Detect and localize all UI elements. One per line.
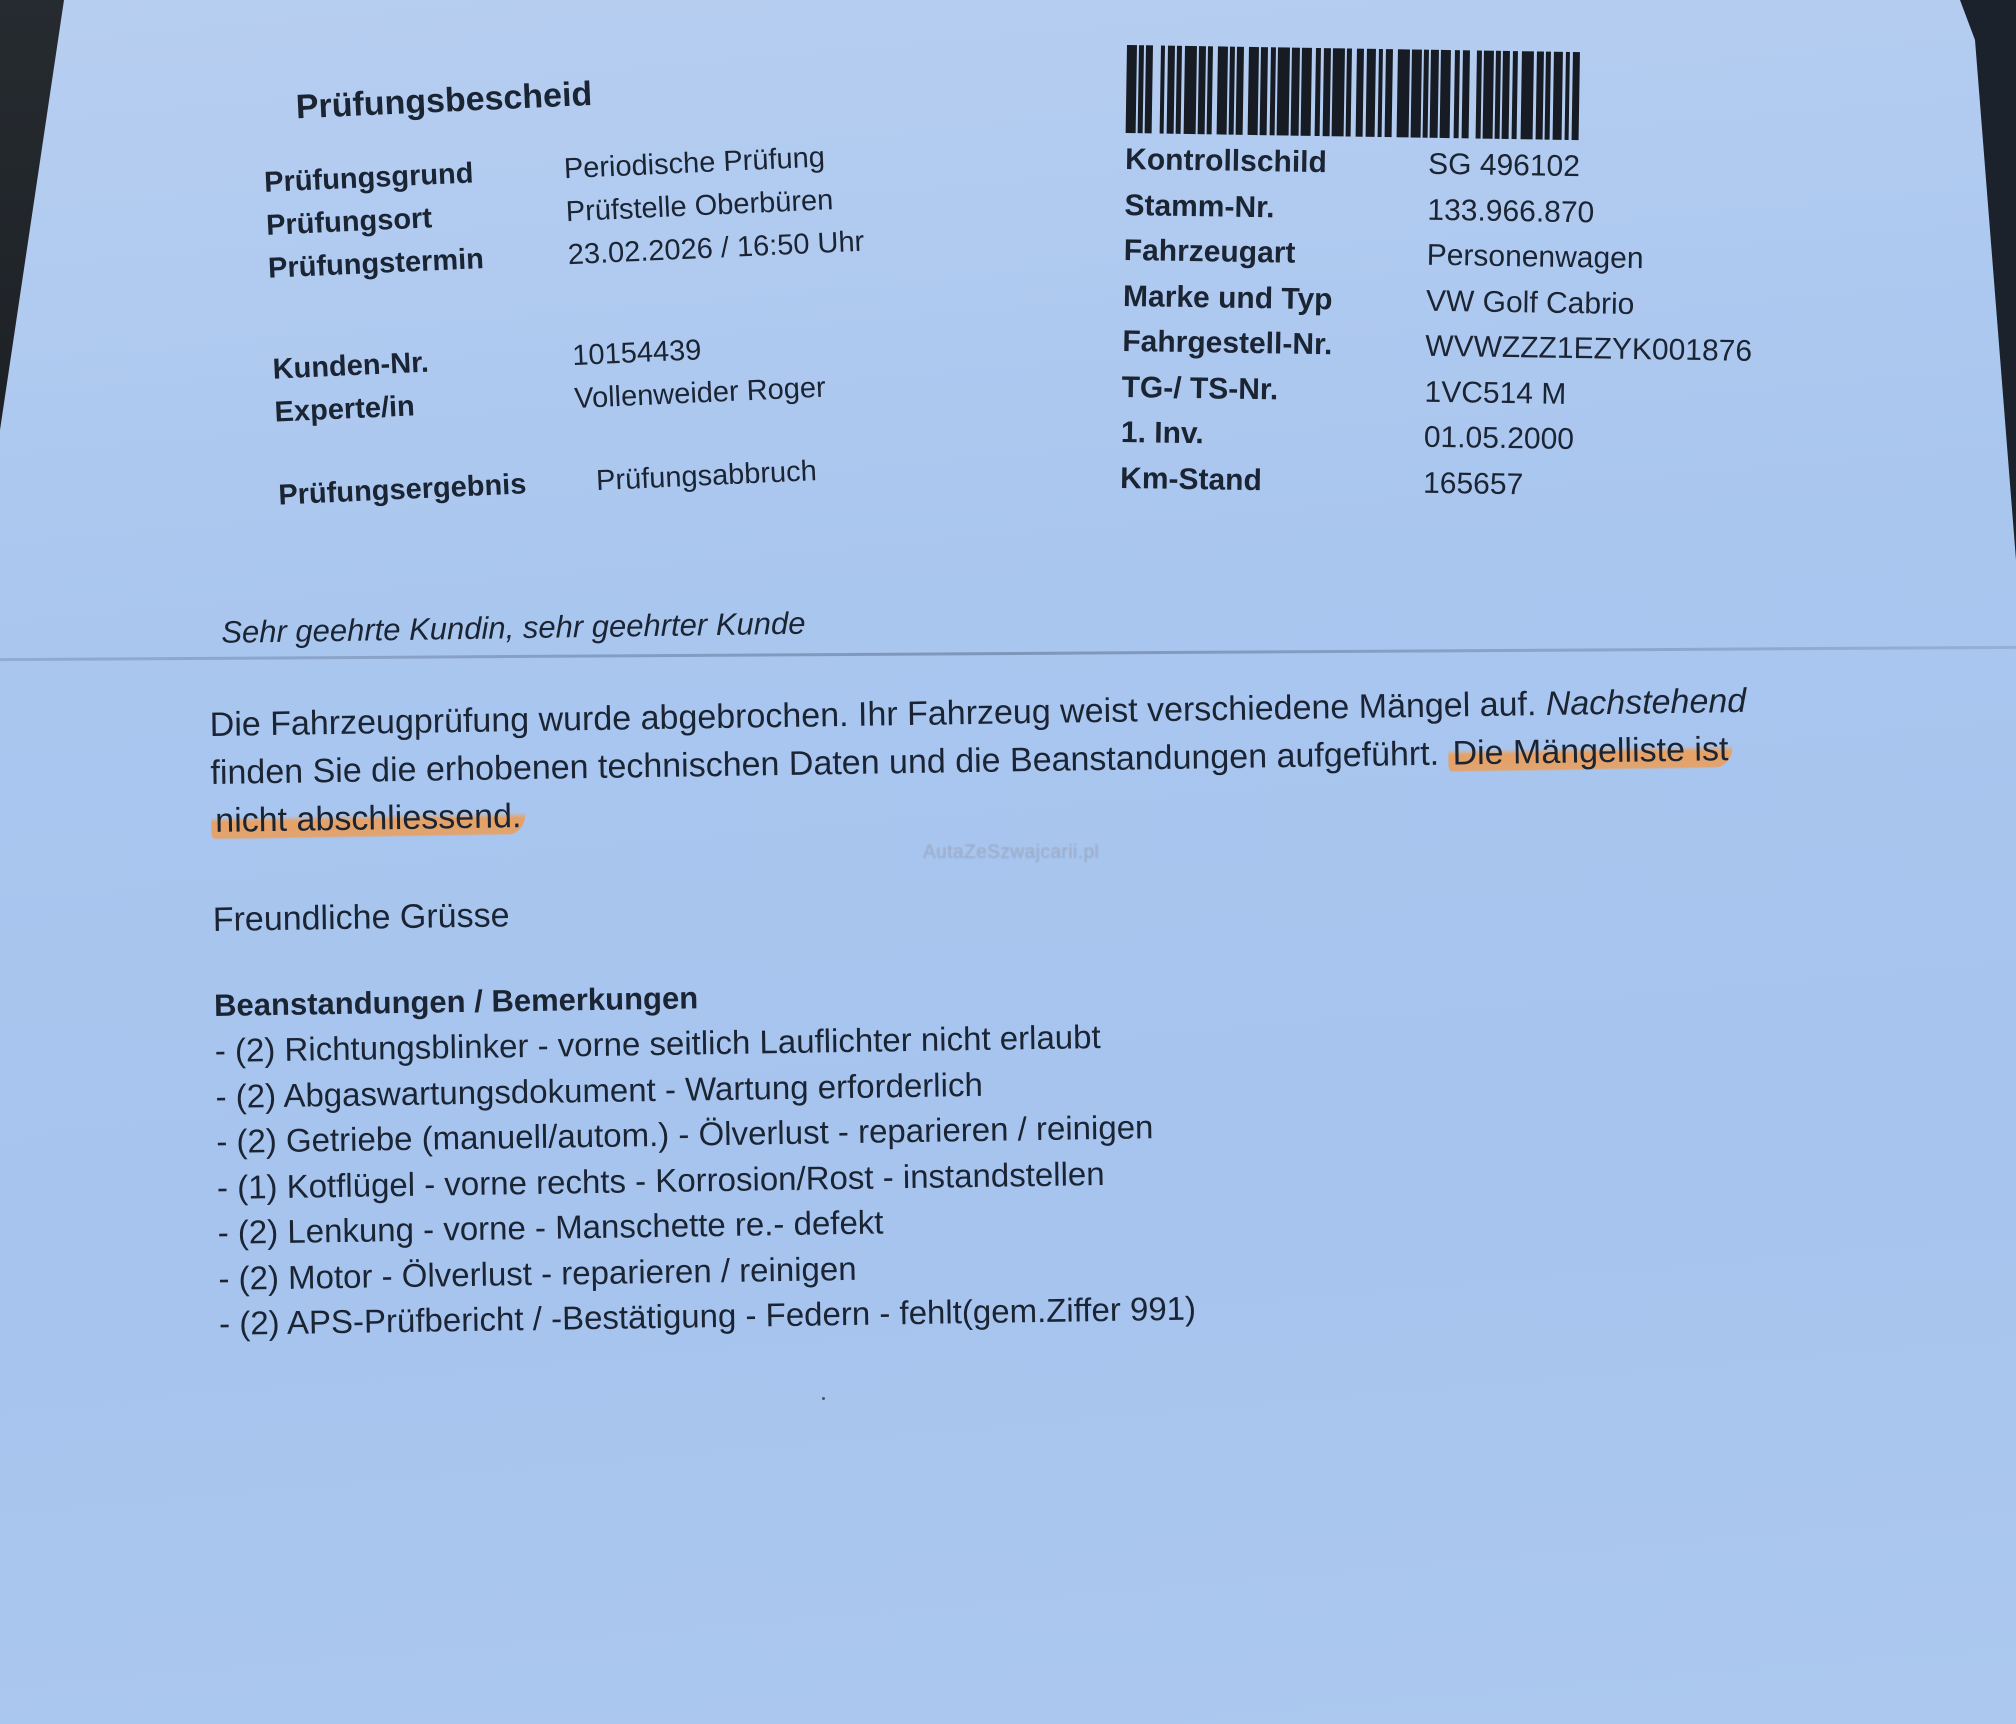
field-value: 133.966.870 — [1427, 193, 1594, 230]
field-value: Periodische Prüfung — [563, 141, 825, 186]
body-text-italic: Nachstehend — [1545, 682, 1746, 723]
watermark: AutaZeSzwajcarii.pl — [923, 842, 1099, 864]
field-label: Km-Stand — [1120, 461, 1423, 500]
highlighted-text: Die Mängelliste ist — [1448, 730, 1732, 772]
letter-section: Sehr geehrte Kundin, sehr geehrter Kunde… — [208, 588, 1939, 1346]
letter-body: Die Fahrzeugprüfung wurde abgebrochen. I… — [209, 674, 1931, 845]
field-value: 1VC514 M — [1424, 375, 1566, 411]
field-label: Stamm-Nr. — [1124, 188, 1427, 227]
inspection-info-block: Prüfungsbescheid Prüfungsgrund Periodisc… — [260, 57, 999, 522]
vehicle-info-block: Kontrollschild SG 496102 Stamm-Nr. 133.9… — [1120, 45, 1867, 519]
barcode-icon — [1126, 45, 1655, 141]
field-label: 1. Inv. — [1121, 416, 1424, 455]
paper-speck — [822, 1397, 825, 1400]
body-text-2: finden Sie die erhobenen technischen Dat… — [210, 735, 1449, 792]
field-label: Kontrollschild — [1125, 143, 1428, 182]
field-value: 10154439 — [572, 334, 702, 373]
remarks-list: - (2) Richtungsblinker - vorne seitlich … — [214, 1001, 1939, 1346]
closing-greeting: Freundliche Grüsse — [212, 874, 1932, 940]
field-value: WVWZZZ1EZYK001876 — [1425, 330, 1752, 369]
field-label: Prüfungsgrund — [263, 153, 564, 200]
field-label: TG-/ TS-Nr. — [1121, 370, 1424, 409]
field-label: Marke und Typ — [1123, 279, 1426, 318]
document-title: Prüfungsbescheid — [295, 57, 981, 127]
inspection-document: Prüfungsbescheid Prüfungsgrund Periodisc… — [0, 0, 2016, 1724]
salutation: Sehr geehrte Kundin, sehr geehrter Kunde — [221, 588, 1928, 651]
body-text-1: Die Fahrzeugprüfung wurde abgebrochen. I… — [209, 685, 1546, 744]
highlighted-text: nicht abschliessend. — [211, 797, 526, 840]
field-value: 01.05.2000 — [1424, 421, 1575, 457]
field-value: Personenwagen — [1426, 239, 1643, 276]
field-label: Fahrzeugart — [1123, 234, 1426, 273]
field-value: 165657 — [1423, 466, 1524, 502]
field-value: VW Golf Cabrio — [1426, 284, 1635, 321]
field-label: Fahrgestell-Nr. — [1122, 325, 1425, 364]
field-value: SG 496102 — [1428, 148, 1580, 184]
